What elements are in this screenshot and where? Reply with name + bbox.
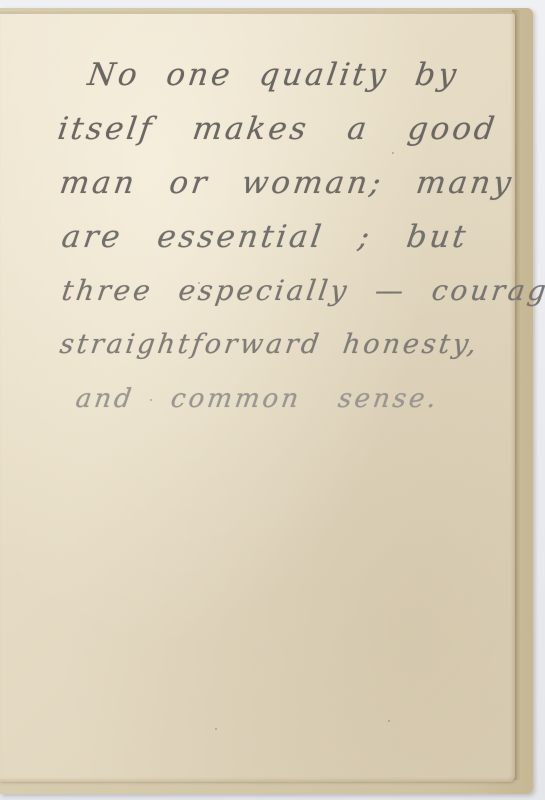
handwritten-line: man or woman; many	[54, 156, 517, 210]
handwritten-quote: No one quality by itself makes a good ma…	[58, 48, 513, 426]
paper-speck	[215, 728, 217, 730]
handwritten-line: No one quality by	[54, 48, 517, 102]
handwritten-line: three especially — courage,	[54, 264, 517, 318]
page-top-edge	[0, 12, 515, 14]
paper-speck	[388, 720, 390, 722]
handwritten-line: and common sense.	[54, 372, 517, 426]
handwritten-line: itself makes a good	[54, 102, 517, 156]
handwritten-line: are essential ; but	[54, 210, 517, 264]
handwritten-line: straightforward honesty,	[54, 318, 517, 372]
